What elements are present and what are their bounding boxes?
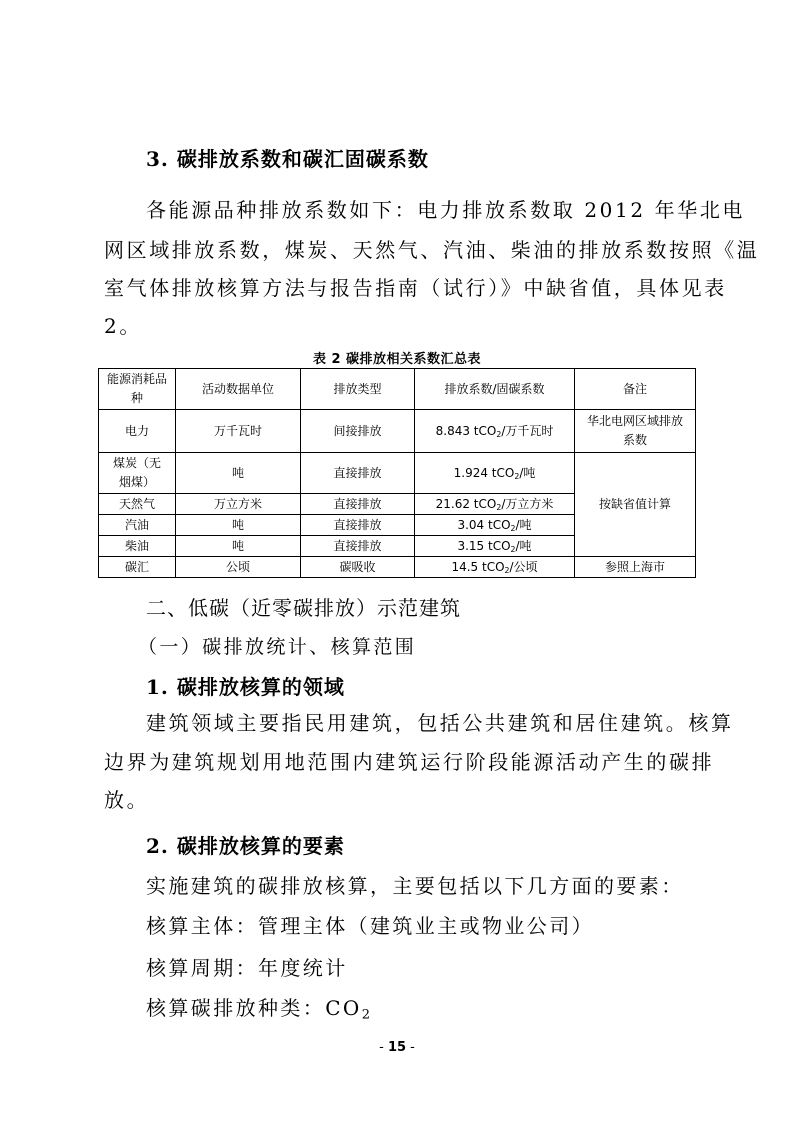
- coef-unit: /公顷: [509, 560, 537, 574]
- header-cell: 排放类型: [301, 369, 415, 410]
- paragraph-line: 网区域排放系数，煤炭、天然气、汽油、柴油的排放系数按照《温: [104, 230, 759, 270]
- cell-unit: 万立方米: [176, 494, 301, 515]
- cell-coefficient: 3.04 tCO2/吨: [415, 515, 575, 536]
- cell-type: 直接排放: [301, 515, 415, 536]
- table-caption: 表 2 碳排放相关系数汇总表: [0, 348, 794, 367]
- paragraph-line: 边界为建筑规划用地范围内建筑运行阶段能源活动产生的碳排: [104, 742, 714, 782]
- section-heading-2: 2. 碳排放核算的要素: [146, 830, 345, 859]
- header-cell: 备注: [575, 369, 696, 410]
- section-heading-1: 1. 碳排放核算的领域: [146, 671, 345, 700]
- cell-coefficient: 14.5 tCO2/公顷: [415, 557, 575, 578]
- coef-value: 8.843 tCO: [436, 424, 497, 438]
- page-number: - 15 -: [0, 1040, 794, 1055]
- table-row: 煤炭（无烟煤） 吨 直接排放 1.924 tCO2/吨 按缺省值计算: [99, 453, 696, 494]
- co2-label: 核算碳排放种类：CO: [146, 996, 362, 1020]
- table-row: 电力 万千瓦时 间接排放 8.843 tCO2/万千瓦时 华北电网区域排放系数: [99, 410, 696, 453]
- cell-note: 华北电网区域排放系数: [575, 410, 696, 453]
- dash: -: [406, 1040, 415, 1055]
- coef-unit: /吨: [515, 539, 531, 553]
- coef-unit: /吨: [515, 518, 531, 532]
- cell-coefficient: 8.843 tCO2/万千瓦时: [415, 410, 575, 453]
- paragraph-line: 2。: [104, 306, 142, 346]
- cell-item: 电力: [99, 410, 176, 453]
- cell-item: 汽油: [99, 515, 176, 536]
- cell-unit: 吨: [176, 515, 301, 536]
- subscript: 2: [362, 1007, 373, 1022]
- header-cell: 活动数据单位: [176, 369, 301, 410]
- coef-value: 1.924 tCO: [454, 466, 515, 480]
- cell-item: 煤炭（无烟煤）: [99, 453, 176, 494]
- element-line: 实施建筑的碳排放核算，主要包括以下几方面的要素：: [146, 870, 684, 899]
- coef-value: 21.62 tCO: [436, 497, 497, 511]
- header-energy-type: 能源消耗品种: [107, 370, 167, 408]
- cell-unit: 吨: [176, 536, 301, 557]
- sub-heading: （一）碳排放统计、核算范围: [138, 632, 416, 659]
- element-line: 核算周期：年度统计: [146, 952, 348, 981]
- paragraph-line: 放。: [104, 780, 149, 820]
- coefficient-table: 能源消耗品种 活动数据单位 排放类型 排放系数/固碳系数 备注 电力 万千瓦时 …: [98, 368, 696, 578]
- coef-value: 3.15 tCO: [457, 539, 510, 553]
- table-header-row: 能源消耗品种 活动数据单位 排放类型 排放系数/固碳系数 备注: [99, 369, 696, 410]
- cell-type: 碳吸收: [301, 557, 415, 578]
- cell-item: 碳汇: [99, 557, 176, 578]
- coef-value: 14.5 tCO: [451, 560, 504, 574]
- cell-item: 柴油: [99, 536, 176, 557]
- section-heading-3: 3. 碳排放系数和碳汇固碳系数: [146, 143, 429, 172]
- table-row: 碳汇 公顷 碳吸收 14.5 tCO2/公顷 参照上海市: [99, 557, 696, 578]
- paragraph-line: 室气体排放核算方法与报告指南（试行）》中缺省值，具体见表: [104, 268, 727, 308]
- cell-coefficient: 21.62 tCO2/万立方米: [415, 494, 575, 515]
- paragraph-line: 建筑领域主要指民用建筑，包括公共建筑和居住建筑。核算: [146, 703, 734, 743]
- cell-type: 间接排放: [301, 410, 415, 453]
- cell-unit: 吨: [176, 453, 301, 494]
- header-cell: 能源消耗品种: [99, 369, 176, 410]
- cell-type: 直接排放: [301, 453, 415, 494]
- element-line: 核算主体：管理主体（建筑业主或物业公司）: [146, 910, 594, 939]
- note-text: 华北电网区域排放系数: [587, 412, 683, 450]
- coef-unit: /万立方米: [501, 497, 553, 511]
- cell-note: 参照上海市: [575, 557, 696, 578]
- cell-note: 按缺省值计算: [575, 453, 696, 557]
- page-number-value: 15: [388, 1040, 406, 1055]
- dash: -: [379, 1040, 388, 1055]
- cell-unit: 公顷: [176, 557, 301, 578]
- cell-coefficient: 1.924 tCO2/吨: [415, 453, 575, 494]
- coef-unit: /万千瓦时: [501, 424, 553, 438]
- header-cell: 排放系数/固碳系数: [415, 369, 575, 410]
- item-text: 煤炭（无烟煤）: [109, 454, 165, 492]
- coef-unit: /吨: [519, 466, 535, 480]
- cell-type: 直接排放: [301, 536, 415, 557]
- coef-value: 3.04 tCO: [457, 518, 510, 532]
- chapter-heading: 二、低碳（近零碳排放）示范建筑: [146, 592, 461, 621]
- cell-item: 天然气: [99, 494, 176, 515]
- element-line: 核算碳排放种类：CO2: [146, 992, 372, 1021]
- cell-coefficient: 3.15 tCO2/吨: [415, 536, 575, 557]
- cell-unit: 万千瓦时: [176, 410, 301, 453]
- cell-type: 直接排放: [301, 494, 415, 515]
- paragraph-line: 各能源品种排放系数如下：电力排放系数取 2012 年华北电: [146, 190, 745, 230]
